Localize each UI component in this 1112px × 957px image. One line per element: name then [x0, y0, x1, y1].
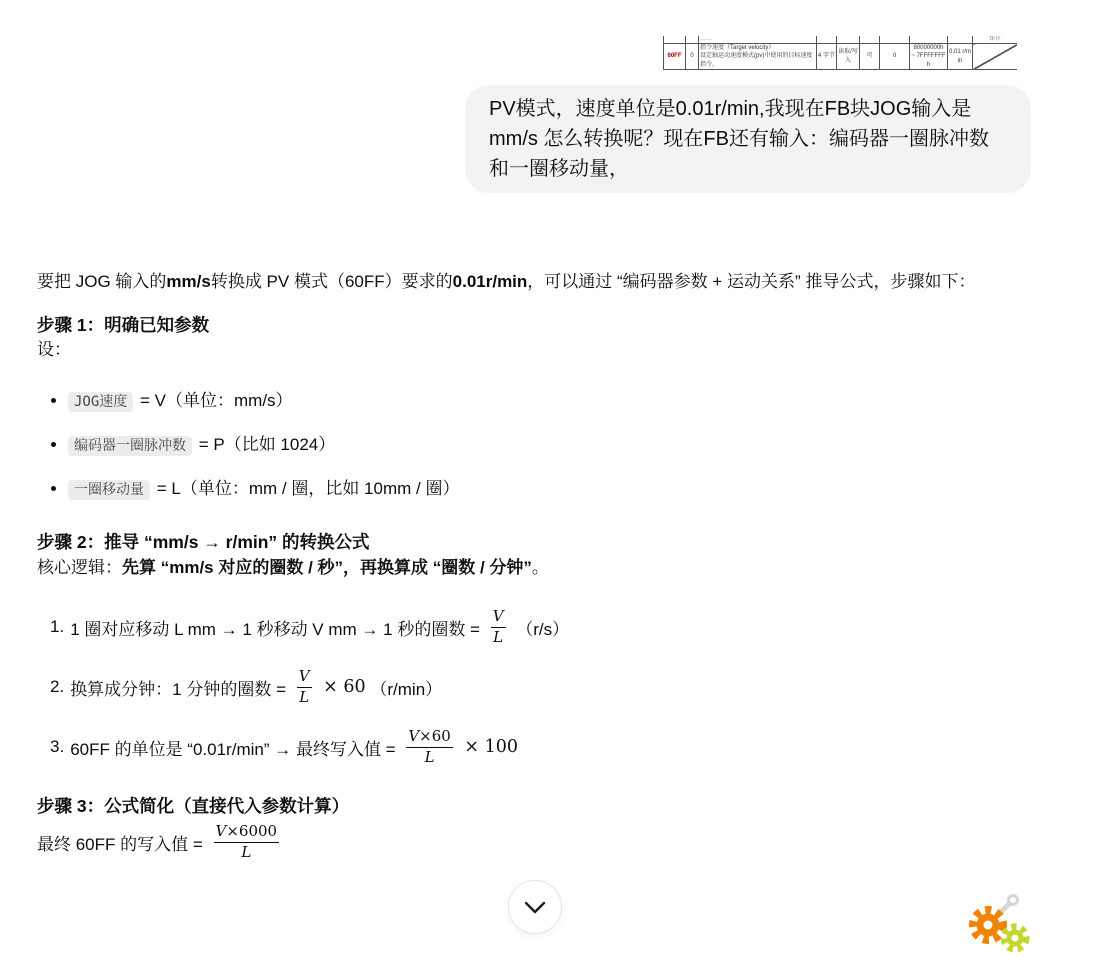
cell-range: 80000000h ~ 7FFFFFFFh [910, 44, 948, 70]
text-segment: 要把 JOG 输入的 [37, 272, 166, 291]
chevron-down-icon [524, 901, 546, 914]
header-cell [686, 36, 699, 44]
inline-code-chip: 一圈移动量 [68, 480, 150, 500]
intro-paragraph: 要把 JOG 输入的mm/s转换成 PV 模式（60FF）要求的0.01r/mi… [37, 266, 1012, 297]
header-cell: …… [699, 36, 817, 44]
cell-index: 60FF [664, 44, 686, 70]
attachment-table-image[interactable]: …… 保存 60FF 0 指令速度（Target velocity） 设定轴运动… [663, 36, 1017, 70]
fraction-numerator: V×6000 [214, 823, 280, 843]
inline-code-chip: 编码器一圈脉冲数 [68, 436, 192, 456]
text-segment: 转换成 PV 模式（60FF）要求的 [211, 272, 453, 291]
list-number: 3. [50, 737, 64, 757]
final-formula: 最终 60FF 的写入值 = V×6000L [37, 819, 1012, 865]
list-number: 2. [50, 677, 64, 697]
fraction-denominator: L [299, 688, 309, 707]
text-segment: mm/s [166, 272, 210, 291]
watermark-logo [958, 887, 1110, 955]
fraction-denominator: L [493, 628, 503, 647]
fraction-numerator: V [297, 668, 312, 688]
derivation-item: 3.60FF 的单位是 “0.01r/min” → 最终写入值 = V×60L … [50, 724, 1012, 770]
cell-save-diagonal [973, 44, 1018, 70]
text-segment: 先算 “mm/s 对应的圈数 / 秒”，再换算成 “圈数 / 分钟” [122, 558, 532, 577]
bullet-text: = L（单位：mm / 圈，比如 10mm / 圈） [152, 479, 459, 498]
table-row: 60FF 0 指令速度（Target velocity） 设定轴运动速度模式(p… [664, 44, 1018, 70]
step2-heading: 步骤 2：推导 “mm/s → r/min” 的转换公式 [37, 529, 1012, 555]
step1-lead: 设： [37, 338, 1012, 362]
fraction-numerator: V×60 [406, 728, 453, 748]
formula-text: 最终 60FF 的写入值 = [37, 830, 208, 855]
inline-code-chip: JOG速度 [68, 392, 133, 412]
cell-default: 0 [880, 44, 910, 70]
text-segment: 核心逻辑： [37, 558, 122, 577]
step3-heading: 步骤 3：公式简化（直接代入参数计算） [37, 793, 1012, 819]
bullet-text: = P（比如 1024） [194, 435, 335, 454]
scroll-down-button[interactable] [508, 880, 562, 934]
fraction: VL [297, 668, 312, 707]
param-list: JOG速度 = V（单位：mm/s）编码器一圈脉冲数 = P（比如 1024）一… [37, 388, 1012, 503]
header-cell-save: 保存 [973, 36, 1018, 44]
table-header-row: …… 保存 [664, 36, 1018, 44]
gear-icon [1004, 927, 1026, 949]
user-message-bubble: PV模式，速度单位是0.01r/min,我现在FB块JOG输入是mm/s 怎么转… [465, 85, 1031, 193]
list-item: 编码器一圈脉冲数 = P（比如 1024） [68, 432, 1012, 459]
header-cell [817, 36, 837, 44]
gear-icon [973, 910, 1003, 940]
cell-unit: 0.01 r/min [948, 44, 973, 70]
derivation-item: 1.1 圈对应移动 L mm → 1 秒移动 V mm → 1 秒的圈数 = V… [50, 604, 1012, 650]
formula-text: 60FF 的单位是 “0.01r/min” → 最终写入值 = [70, 735, 400, 760]
derivation-list: 1.1 圈对应移动 L mm → 1 秒移动 V mm → 1 秒的圈数 = V… [37, 604, 1012, 770]
formula-math: × 60 [318, 677, 366, 697]
list-number: 1. [50, 617, 64, 637]
derivation-item: 2.换算成分钟：1 分钟的圈数 = VL × 60 （r/min） [50, 664, 1012, 710]
text-segment: ，可以通过 “编码器参数 + 运动关系” 推导公式，步骤如下： [527, 272, 975, 291]
text-segment: 。 [532, 558, 549, 577]
header-cell [880, 36, 910, 44]
cell-desc-line: 设定轴运动速度模式(pv)中使用的目标速度指令。 [700, 52, 815, 68]
list-item: 一圈移动量 = L（单位：mm / 圈，比如 10mm / 圈） [68, 476, 1012, 503]
assistant-response: 要把 JOG 输入的mm/s转换成 PV 模式（60FF）要求的0.01r/mi… [37, 266, 1012, 865]
header-cell [664, 36, 686, 44]
cell-name: 指令速度（Target velocity） [700, 44, 815, 52]
fraction-numerator: V [491, 608, 506, 628]
formula-unit: （r/min） [366, 675, 443, 700]
cell-pdo: 可 [860, 44, 880, 70]
user-message-text: PV模式，速度单位是0.01r/min,我现在FB块JOG输入是mm/s 怎么转… [489, 98, 989, 180]
list-item: JOG速度 = V（单位：mm/s） [68, 388, 1012, 415]
formula-text: 换算成分钟：1 分钟的圈数 = [70, 675, 291, 700]
fraction: V×6000L [214, 823, 280, 862]
formula-math: × 100 [459, 737, 518, 757]
object-dictionary-table: …… 保存 60FF 0 指令速度（Target velocity） 设定轴运动… [663, 36, 1017, 70]
fraction: VL [491, 608, 506, 647]
logic-paragraph: 核心逻辑：先算 “mm/s 对应的圈数 / 秒”，再换算成 “圈数 / 分钟”。 [37, 555, 1012, 580]
fraction-denominator: L [241, 843, 251, 862]
fraction-denominator: L [425, 748, 435, 767]
bullet-text: = V（单位：mm/s） [135, 391, 292, 410]
step1-heading: 步骤 1：明确已知参数 [37, 312, 1012, 338]
header-cell [948, 36, 973, 44]
cell-subindex: 0 [686, 44, 699, 70]
header-cell [860, 36, 880, 44]
header-cell [910, 36, 948, 44]
cell-size: 4 字节 [817, 44, 837, 70]
fraction: V×60L [406, 728, 453, 767]
cell-access: 读取/写入 [837, 44, 860, 70]
cell-description: 指令速度（Target velocity） 设定轴运动速度模式(pv)中使用的目… [699, 44, 817, 70]
formula-text: 1 圈对应移动 L mm → 1 秒移动 V mm → 1 秒的圈数 = [70, 615, 485, 640]
formula-unit: （r/s） [512, 615, 570, 640]
text-segment: 0.01r/min [453, 272, 528, 291]
header-cell [837, 36, 860, 44]
